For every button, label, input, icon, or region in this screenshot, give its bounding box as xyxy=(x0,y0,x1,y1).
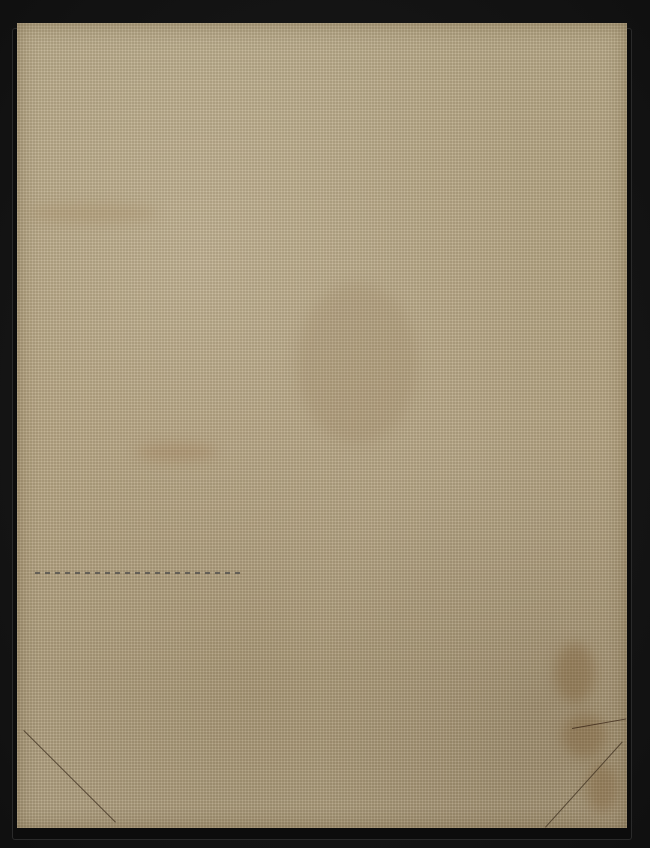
stain xyxy=(587,763,617,813)
dotted-mark xyxy=(35,572,240,574)
cloth-cover xyxy=(17,23,627,828)
stain xyxy=(555,643,595,703)
stain xyxy=(27,203,157,223)
stain xyxy=(562,713,607,758)
stain xyxy=(137,443,217,461)
stain xyxy=(297,283,417,443)
